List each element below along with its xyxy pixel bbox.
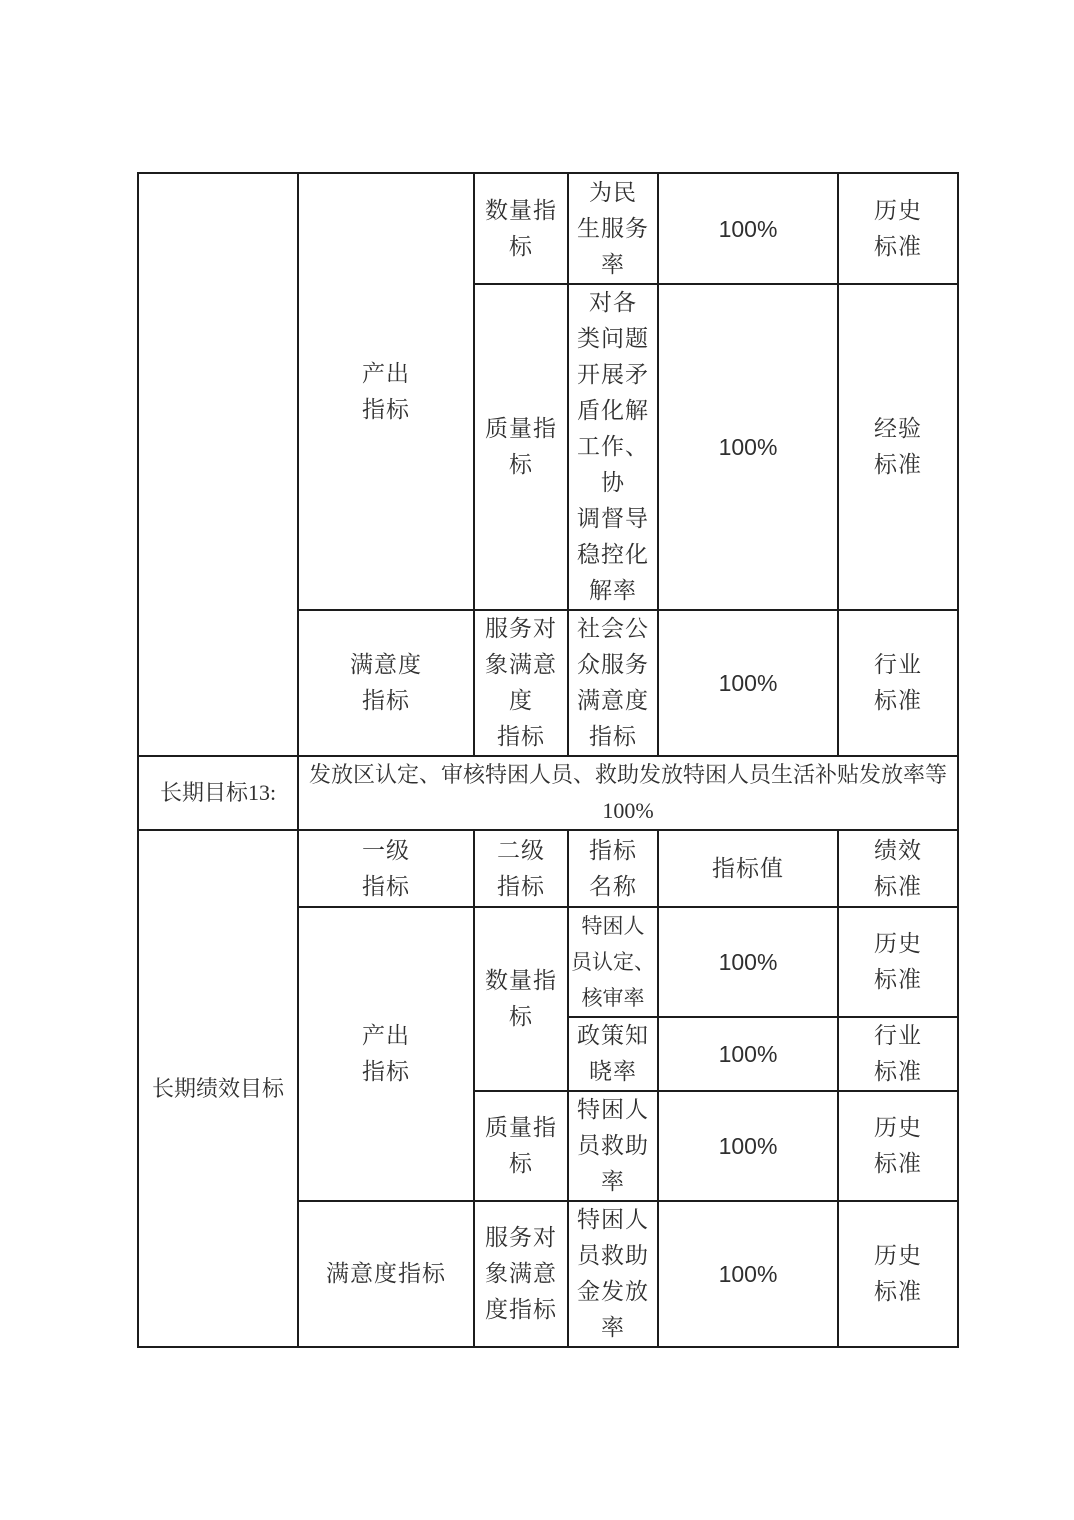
cell-standard-industry: 行业 标准 — [838, 1017, 958, 1091]
cell-indicator-name-tekun-rescue-rate: 特困人 员救助 率 — [568, 1091, 658, 1201]
cell-indicator-value: 100% — [658, 1017, 838, 1091]
cell-indicator-value: 100% — [658, 1091, 838, 1201]
cell-standard-history: 历史 标准 — [838, 1091, 958, 1201]
performance-indicators-table: 产出 指标 数量指 标 为民 生服务 率 100% 历史 标准 质量指 标 对各… — [137, 172, 959, 1348]
header-level2-indicator: 二级 指标 — [474, 830, 568, 907]
cell-blank-continuation — [138, 173, 298, 756]
table-header-row: 长期绩效目标 一级 指标 二级 指标 指标 名称 指标值 绩效 标准 — [138, 830, 958, 907]
cell-level2-quality-bottom: 质量指 标 — [474, 1091, 568, 1201]
cell-standard-industry: 行业 标准 — [838, 610, 958, 756]
cell-indicator-value: 100% — [658, 173, 838, 284]
cell-indicator-value: 100% — [658, 610, 838, 756]
cell-level2-service-object-satisfaction-top: 服务对 象满意 度 指标 — [474, 610, 568, 756]
cell-level2-quantity-bottom: 数量指 标 — [474, 907, 568, 1091]
cell-standard-history: 历史 标准 — [838, 907, 958, 1017]
cell-goal-label: 长期目标13: — [138, 756, 298, 830]
header-indicator-name: 指标 名称 — [568, 830, 658, 907]
cell-indicator-name-conflict-resolution: 对各 类问题 开展矛 盾化解 工作、协 调督导 稳控化 解率 — [568, 284, 658, 610]
cell-indicator-name-public-satisfaction: 社会公 众服务 满意度 指标 — [568, 610, 658, 756]
cell-indicator-value: 100% — [658, 284, 838, 610]
cell-longterm-performance-label: 长期绩效目标 — [138, 830, 298, 1347]
cell-standard-experience: 经验 标准 — [838, 284, 958, 610]
cell-indicator-name-rescue-fund-issuance: 特困人 员救助 金发放 率 — [568, 1201, 658, 1347]
cell-level2-quantity-top: 数量指 标 — [474, 173, 568, 284]
header-performance-standard: 绩效 标准 — [838, 830, 958, 907]
cell-indicator-name-policy-awareness: 政策知 晓率 — [568, 1017, 658, 1091]
cell-standard-history: 历史 标准 — [838, 173, 958, 284]
table-row: 产出 指标 数量指 标 为民 生服务 率 100% 历史 标准 — [138, 173, 958, 284]
cell-goal-description: 发放区认定、审核特困人员、救助发放特困人员生活补贴发放率等 100% — [298, 756, 958, 830]
cell-indicator-value: 100% — [658, 1201, 838, 1347]
cell-level1-output-top: 产出 指标 — [298, 173, 474, 610]
header-level1-indicator: 一级 指标 — [298, 830, 474, 907]
cell-level1-satisfaction-top: 满意度 指标 — [298, 610, 474, 756]
cell-indicator-name-minsheng: 为民 生服务 率 — [568, 173, 658, 284]
cell-level2-quality-top: 质量指 标 — [474, 284, 568, 610]
cell-level1-satisfaction-bottom: 满意度指标 — [298, 1201, 474, 1347]
cell-standard-history: 历史 标准 — [838, 1201, 958, 1347]
cell-indicator-name-tekun-certification: 特困人 员认定、 核审率 — [568, 907, 658, 1017]
cell-level2-service-object-satisfaction-bottom: 服务对 象满意 度指标 — [474, 1201, 568, 1347]
table-row-goal: 长期目标13: 发放区认定、审核特困人员、救助发放特困人员生活补贴发放率等 10… — [138, 756, 958, 830]
header-indicator-value: 指标值 — [658, 830, 838, 907]
cell-level1-output-bottom: 产出 指标 — [298, 907, 474, 1201]
cell-indicator-value: 100% — [658, 907, 838, 1017]
